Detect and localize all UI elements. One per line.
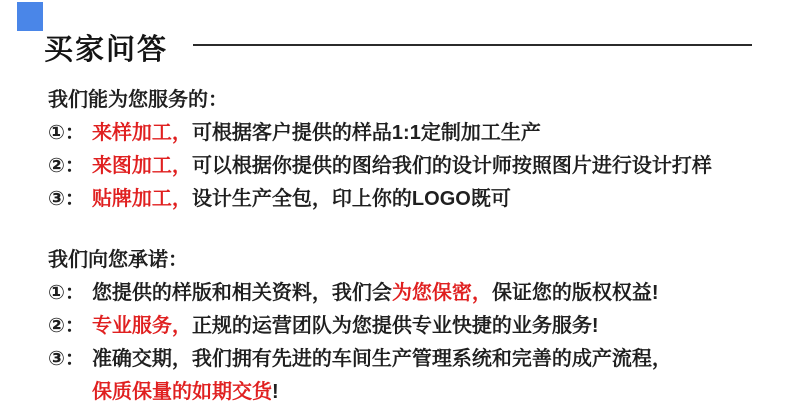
item-text-red: 来样加工， — [92, 122, 192, 144]
item-text-red: 贴牌加工， — [92, 188, 192, 210]
promises-section: 我们向您承诺： ①：您提供的样版和相关资料，我们会为您保密，保证您的版权权益! … — [48, 244, 780, 409]
title-divider-line — [193, 44, 752, 46]
item-text-black: 您提供的样版和相关资料，我们会 — [92, 282, 392, 304]
item-text-black: 准确交期，我们拥有先进的车间生产管理系统和完善的成产流程， — [92, 348, 672, 370]
item-marker: ①： — [48, 122, 92, 144]
list-item: ③：准确交期，我们拥有先进的车间生产管理系统和完善的成产流程， — [48, 343, 780, 376]
services-section-header: 我们能为您服务的： — [48, 84, 780, 117]
item-marker: ②： — [48, 155, 92, 177]
item-text-black: 设计生产全包，印上你的LOGO既可 — [192, 188, 511, 210]
list-item: ①：您提供的样版和相关资料，我们会为您保密，保证您的版权权益! — [48, 277, 780, 310]
item-text-red: 保质保量的如期交货 — [92, 381, 272, 403]
item-marker: ③： — [48, 348, 92, 370]
item-marker: ③： — [48, 188, 92, 210]
list-item: ②：专业服务，正规的运营团队为您提供专业快捷的业务服务! — [48, 310, 780, 343]
services-section: 我们能为您服务的： ①：来样加工，可根据客户提供的样品1:1定制加工生产 ②：来… — [48, 84, 780, 216]
item-text-black: 可以根据你提供的图给我们的设计师按照图片进行设计打样 — [192, 155, 712, 177]
item-text-black: 正规的运营团队为您提供专业快捷的业务服务! — [192, 315, 599, 337]
item-marker: ①： — [48, 282, 92, 304]
item-text-black: ! — [272, 381, 279, 403]
page-title: 买家问答 — [44, 27, 168, 68]
item-text-black: 保证您的版权权益! — [492, 282, 659, 304]
list-item: ②：来图加工，可以根据你提供的图给我们的设计师按照图片进行设计打样 — [48, 150, 780, 183]
list-item: ①：来样加工，可根据客户提供的样品1:1定制加工生产 — [48, 117, 780, 150]
item-text-black: 可根据客户提供的样品1:1定制加工生产 — [192, 122, 541, 144]
item-marker: ②： — [48, 315, 92, 337]
list-item: ③：贴牌加工，设计生产全包，印上你的LOGO既可 — [48, 183, 780, 216]
list-item-continuation: 保质保量的如期交货! — [92, 376, 780, 409]
item-text-red: 为您保密， — [392, 282, 492, 304]
promises-section-header: 我们向您承诺： — [48, 244, 780, 277]
blue-accent-square — [17, 2, 43, 31]
item-text-red: 专业服务， — [92, 315, 192, 337]
item-text-red: 来图加工， — [92, 155, 192, 177]
